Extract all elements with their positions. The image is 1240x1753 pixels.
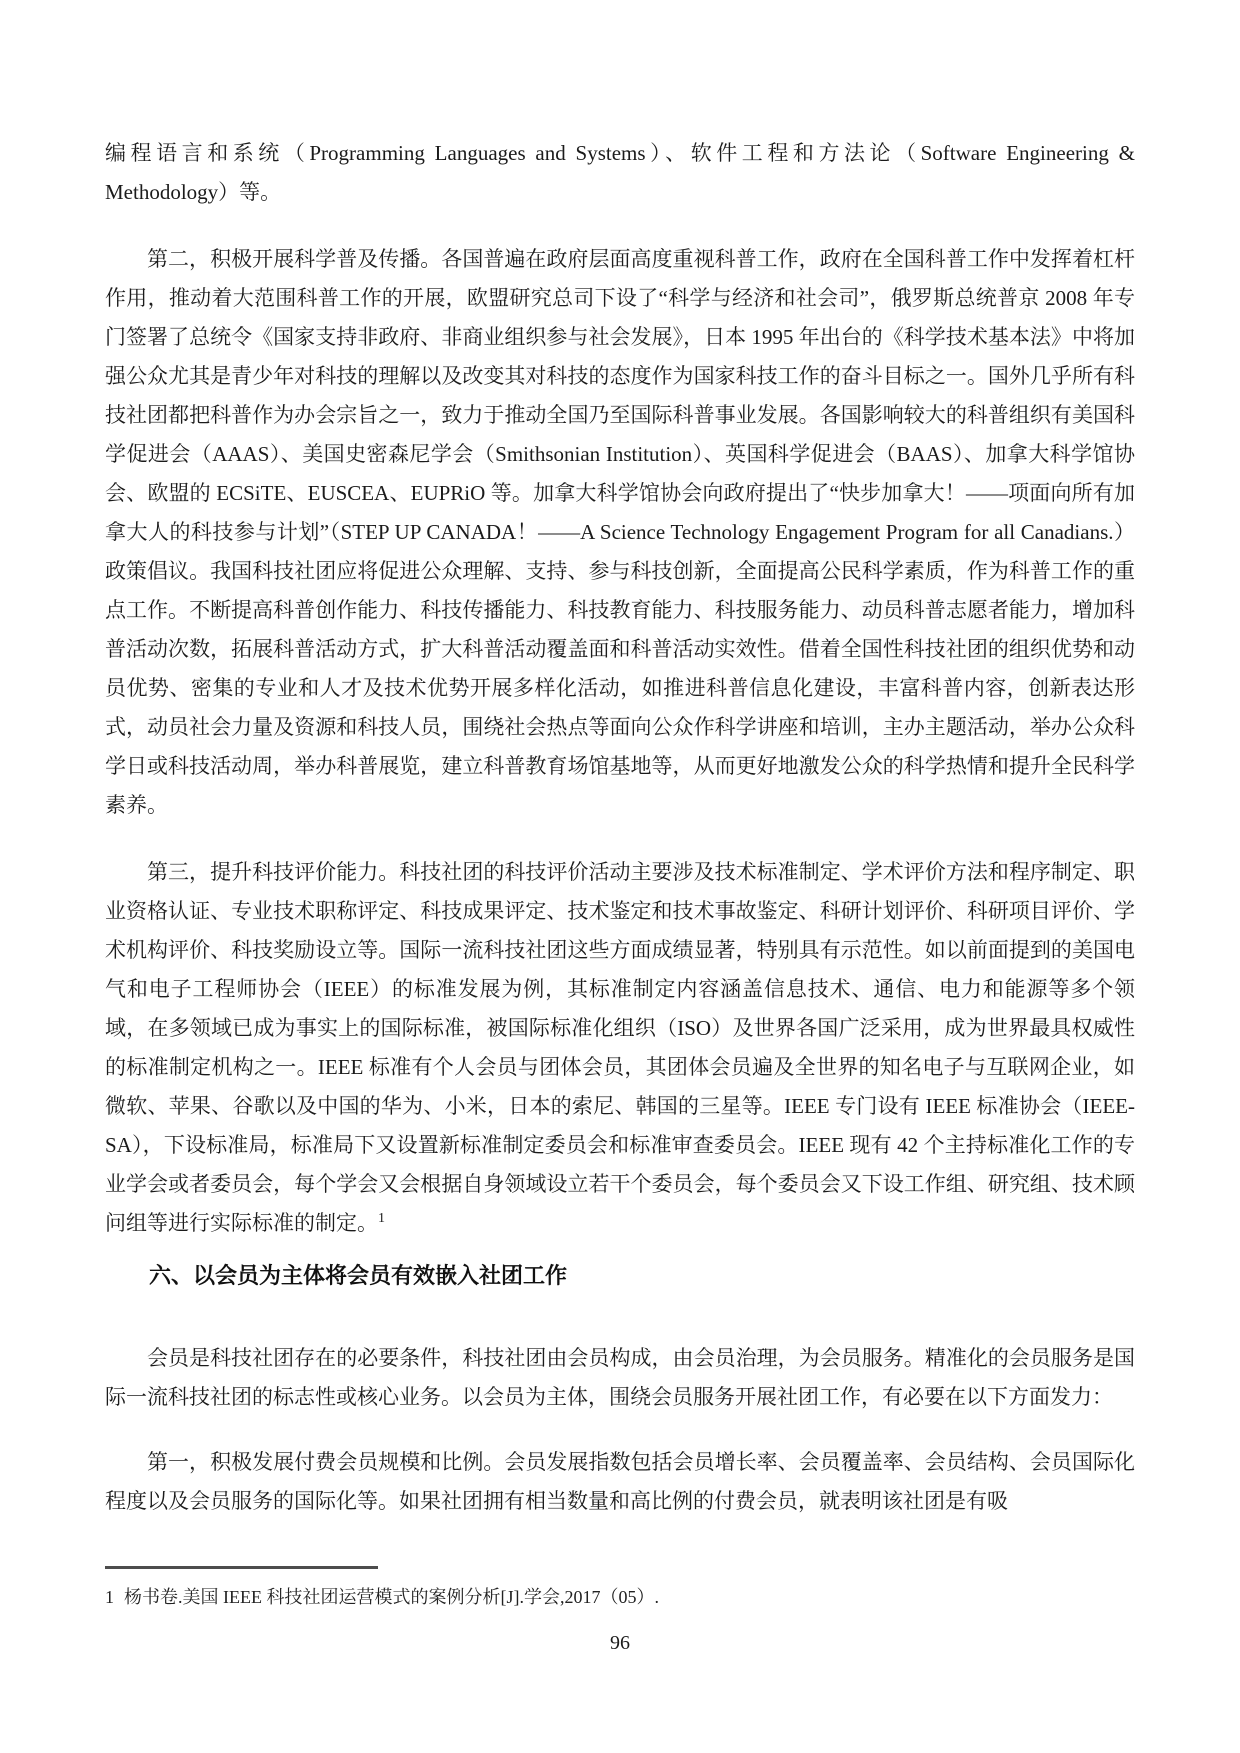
body-paragraph-3: 第三，提升科技评价能力。科技社团的科技评价活动主要涉及技术标准制定、学术评价方法… [105,853,1135,1243]
footnote-1: 1杨书卷.美国 IEEE 科技社团运营模式的案例分析[J].学会,2017（05… [105,1582,1135,1612]
footnote-reference-1: 1 [378,1211,385,1226]
body-paragraph-5: 第一，积极发展付费会员规模和比例。会员发展指数包括会员增长率、会员覆盖率、会员结… [105,1443,1135,1521]
body-paragraph-3-text: 第三，提升科技评价能力。科技社团的科技评价活动主要涉及技术标准制定、学术评价方法… [105,860,1135,1235]
body-paragraph-4: 会员是科技社团存在的必要条件，科技社团由会员构成，由会员治理，为会员服务。精准化… [105,1339,1135,1417]
footnote-1-marker: 1 [105,1587,114,1607]
body-paragraph-2: 第二，积极开展科学普及传播。各国普遍在政府层面高度重视科普工作，政府在全国科普工… [105,240,1135,825]
document-body: 编程语言和系统（Programming Languages and System… [105,134,1135,1521]
footnote-1-text: 杨书卷.美国 IEEE 科技社团运营模式的案例分析[J].学会,2017（05）… [124,1587,659,1607]
body-paragraph-1: 编程语言和系统（Programming Languages and System… [105,134,1135,212]
document-page: 编程语言和系统（Programming Languages and System… [0,0,1240,1753]
page-number: 96 [0,1632,1240,1655]
section-heading-6: 六、以会员为主体将会员有效嵌入社团工作 [105,1261,1135,1291]
footnote-separator [105,1566,378,1569]
